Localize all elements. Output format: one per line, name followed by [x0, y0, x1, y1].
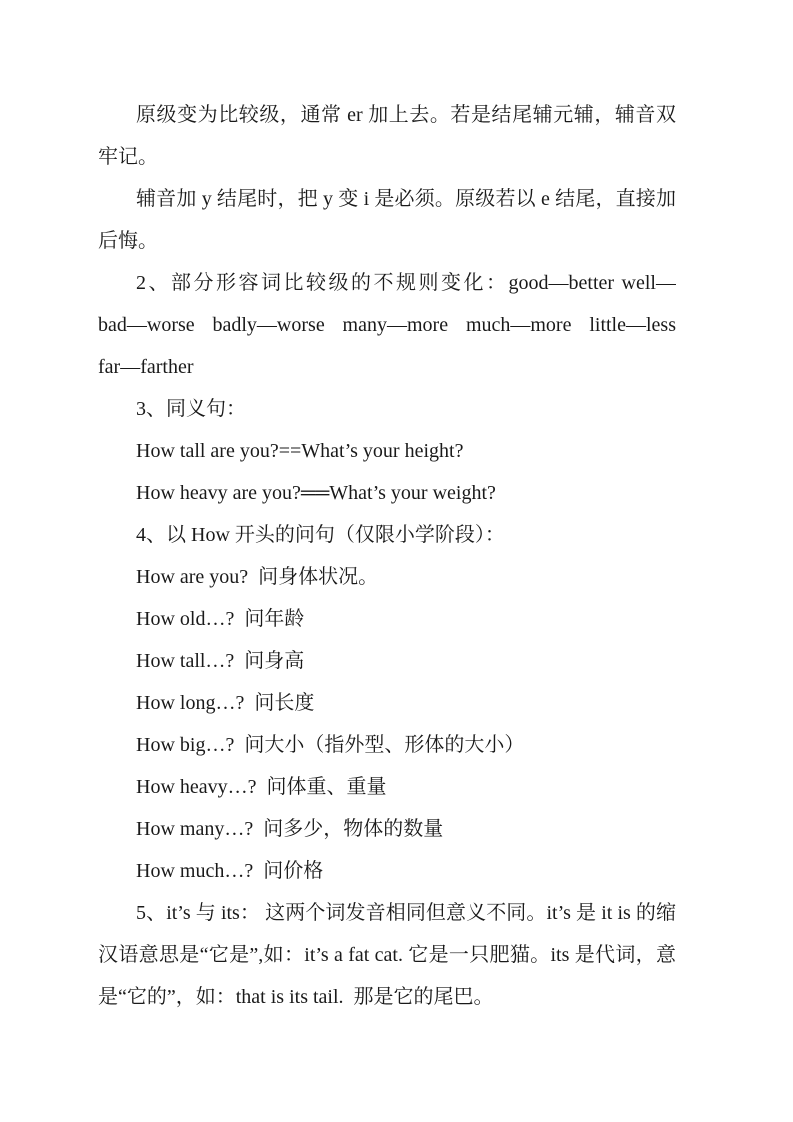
text-line: How big…? 问大小（指外型、形体的大小） [98, 724, 676, 766]
text-line: 后悔。 [98, 220, 676, 262]
text-line: 4、以 How 开头的问句（仅限小学阶段）： [98, 514, 676, 556]
text-line: far—farther [98, 346, 676, 388]
text-line: 牢记。 [98, 136, 676, 178]
text-line: 原级变为比较级，通常 er 加上去。若是结尾辅元辅，辅音双写要 [98, 94, 676, 136]
text-line: 2、部分形容词比较级的不规则变化：good—better well—better [98, 262, 676, 304]
text-line: How are you? 问身体状况。 [98, 556, 676, 598]
text-line: How old…? 问年龄 [98, 598, 676, 640]
text-line: How tall are you?==What’s your height? [98, 430, 676, 472]
text-line: 汉语意思是“它是”,如：it’s a fat cat. 它是一只肥猫。its 是… [98, 934, 676, 976]
text-line: 是“它的”，如：that is its tail. 那是它的尾巴。 [98, 976, 676, 1018]
text-line: 辅音加 y 结尾时，把 y 变 i 是必须。原级若以 e 结尾，直接加 r 不 [98, 178, 676, 220]
text-line: How tall…? 问身高 [98, 640, 676, 682]
text-line: How heavy…? 问体重、重量 [98, 766, 676, 808]
text-line: 5、it’s 与 its： 这两个词发音相同但意义不同。it’s 是 it is… [98, 892, 676, 934]
text-line: How heavy are you?══What’s your weight? [98, 472, 676, 514]
document-page: 原级变为比较级，通常 er 加上去。若是结尾辅元辅，辅音双写要牢记。辅音加 y … [0, 0, 793, 1122]
text-line: 3、同义句： [98, 388, 676, 430]
text-line: How much…? 问价格 [98, 850, 676, 892]
text-line: bad—worse badly—worse many—more much—mor… [98, 304, 676, 346]
text-line: How many…? 问多少，物体的数量 [98, 808, 676, 850]
text-line: How long…? 问长度 [98, 682, 676, 724]
